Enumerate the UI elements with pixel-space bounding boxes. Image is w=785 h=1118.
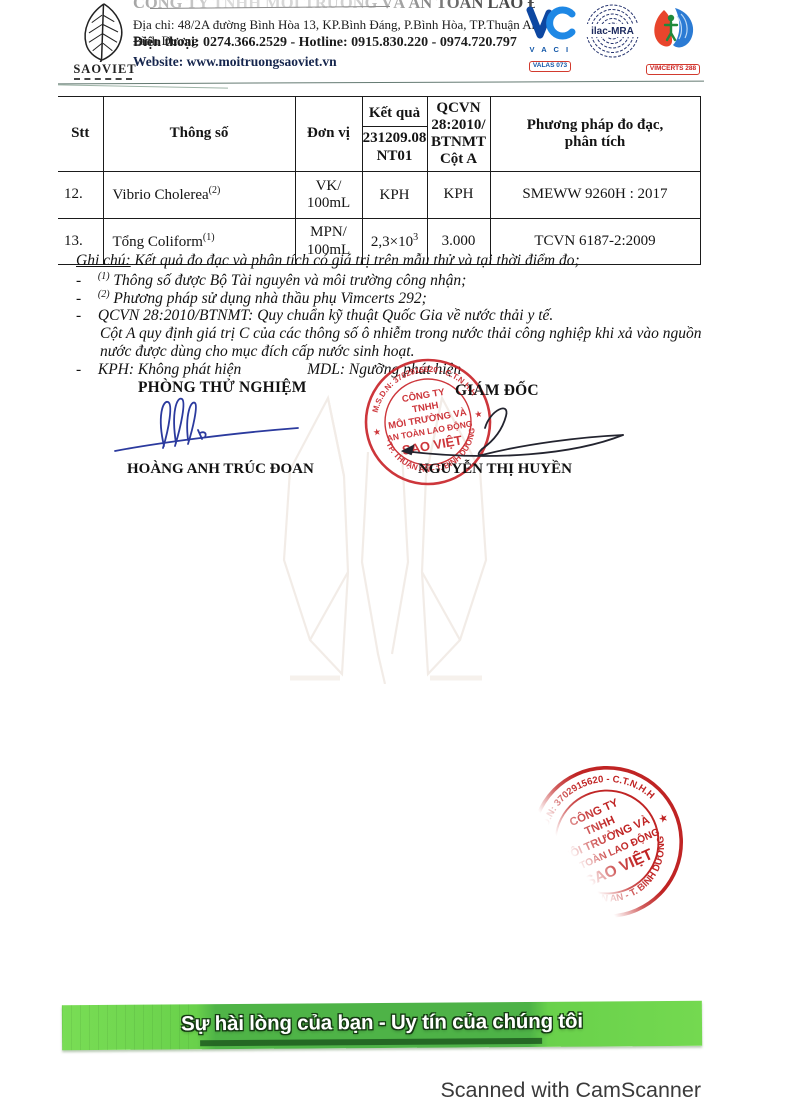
- ilac-mra-icon: ilac-MRA: [584, 3, 641, 60]
- vaci-accreditation-badge: V A C I VALAS 073: [519, 6, 581, 72]
- col-method: Phương pháp đo đạc, phân tích: [490, 97, 700, 172]
- company-logo: SAOVIET: [74, 2, 136, 82]
- row-param: Vibrio Cholerea(2): [103, 172, 295, 219]
- header-divider: [58, 81, 704, 85]
- director-signer-name: NGUYỄN THỊ HUYỀN: [418, 461, 572, 478]
- col-param: Thông số: [103, 97, 295, 172]
- col-stt: Stt: [58, 97, 103, 172]
- col-unit: Đơn vị: [295, 97, 362, 172]
- svg-text:★: ★: [657, 811, 671, 826]
- row-unit: VK/ 100mL: [295, 172, 362, 219]
- lab-signature: [112, 388, 302, 463]
- col-result-label: Kết quả: [363, 100, 427, 127]
- col-limit: QCVN 28:2010/ BTNMT Cột A: [427, 97, 490, 172]
- vimcerts-icon: [646, 6, 700, 52]
- company-website: Website: www.moitruongsaoviet.vn: [133, 54, 553, 70]
- company-stamp-partial: M.S.D.N: 3702915620 - C.T.N.H.H TP. THUẬ…: [503, 738, 712, 947]
- ilac-mra-label: ilac-MRA: [591, 26, 634, 37]
- table-row: 12. Vibrio Cholerea(2) VK/ 100mL KPH KPH…: [58, 172, 700, 219]
- results-table: Stt Thông số Đơn vị Kết quả 231209.08 NT…: [58, 96, 701, 265]
- vaci-name: V A C I: [519, 45, 581, 54]
- note-item: - (1) Thông số được Bộ Tài nguyên và môi…: [76, 271, 716, 290]
- company-phone: Điện thoại: 0274.366.2529 - Hotline: 091…: [133, 35, 553, 51]
- logo-text: SAOVIET: [70, 62, 140, 77]
- logo-underline: [74, 78, 132, 80]
- slogan-banner: Sự hài lòng của bạn - Uy tín của chúng t…: [62, 1001, 702, 1050]
- row-method: SMEWW 9260H : 2017: [490, 172, 700, 219]
- sample-id: 231209.08 NT01: [363, 127, 427, 168]
- col-result: Kết quả 231209.08 NT01: [362, 97, 427, 172]
- header-divider-curl: [58, 84, 228, 88]
- vimcerts-code-badge: VIMCERTS 288: [646, 64, 700, 75]
- vaci-icon: [522, 6, 578, 40]
- row-stt: 12.: [58, 172, 103, 219]
- note-item: - QCVN 28:2010/BTNMT: Quy chuẩn kỹ thuật…: [76, 307, 716, 325]
- slogan-text: Sự hài lòng của bạn - Uy tín của chúng t…: [62, 1001, 702, 1044]
- leaf-logo-icon: [74, 2, 132, 62]
- table-header-row: Stt Thông số Đơn vị Kết quả 231209.08 NT…: [58, 97, 700, 172]
- vimcerts-badge: VIMCERTS 288: [643, 6, 703, 75]
- stamp-star-left: ★: [372, 426, 382, 437]
- note-continuation: Cột A quy định giá trị C của các thông s…: [100, 325, 740, 343]
- notes-intro: Ghi chú: Kết quả đo đạc và phân tích có …: [76, 252, 716, 270]
- lab-signer-name: HOÀNG ANH TRÚC ĐOAN: [127, 461, 314, 478]
- camscanner-watermark: Scanned with CamScanner: [361, 1078, 701, 1103]
- ilac-mra-badge: ilac-MRA: [584, 3, 641, 65]
- row-result: KPH: [362, 172, 427, 219]
- note-item: - (2) Phương pháp sử dụng nhà thầu phụ V…: [76, 289, 716, 308]
- row-limit: KPH: [427, 172, 490, 219]
- svg-text:★: ★: [544, 861, 558, 876]
- valas-code-badge: VALAS 073: [529, 61, 571, 72]
